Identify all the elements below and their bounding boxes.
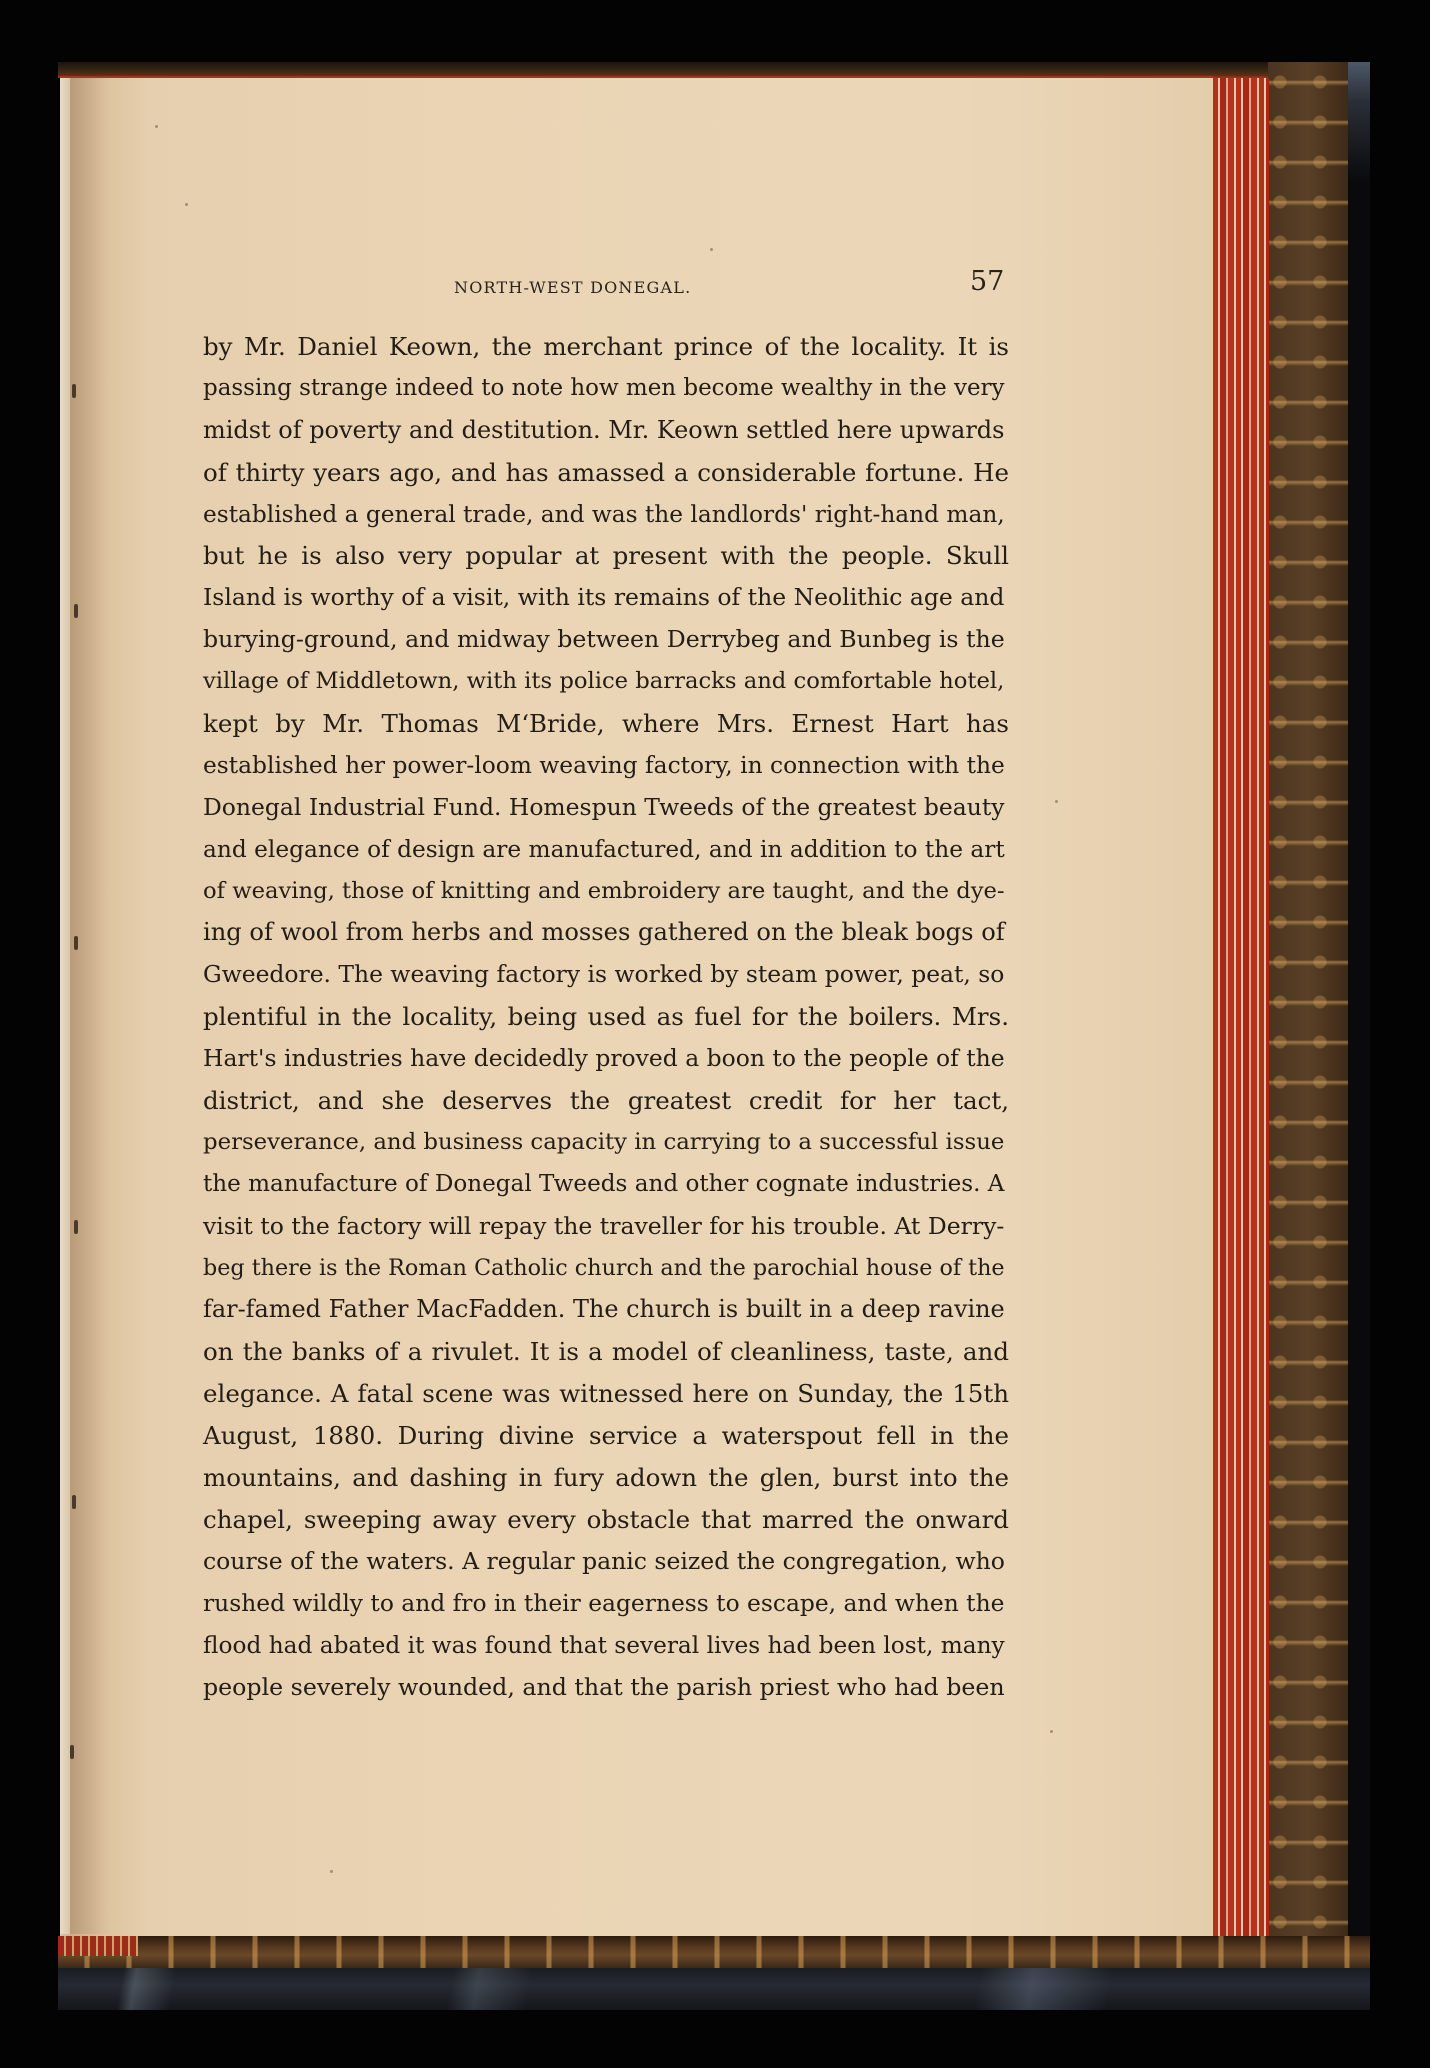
- paper-speck: [185, 203, 188, 206]
- text-line: perseverance, and business capacity in c…: [203, 1122, 1009, 1164]
- text-line: mountains, and dashing in fury adown the…: [203, 1457, 1009, 1499]
- margin-mark: [72, 1495, 76, 1509]
- text-line: established her power-loom weaving facto…: [203, 745, 1009, 787]
- text-line: the manufacture of Donegal Tweeds and ot…: [203, 1164, 1009, 1206]
- paper-speck: [155, 125, 158, 128]
- page-edges-red: [1213, 78, 1269, 1936]
- book-spine-cover: [1268, 62, 1348, 1967]
- margin-mark: [74, 1220, 78, 1234]
- page-number: 57: [970, 266, 1004, 297]
- text-line: plentiful in the locality, being used as…: [203, 996, 1009, 1038]
- text-line: Donegal Industrial Fund. Homespun Tweeds…: [203, 787, 1009, 829]
- text-line: but he is also very popular at present w…: [203, 535, 1009, 577]
- margin-mark: [74, 604, 78, 618]
- page-gutter: [60, 78, 70, 1934]
- text-line: passing strange indeed to note how men b…: [203, 368, 1009, 410]
- margin-mark: [70, 1745, 74, 1759]
- text-line: Island is worthy of a visit, with its re…: [203, 577, 1009, 619]
- text-line: Hart's industries have decidedly proved …: [203, 1038, 1009, 1080]
- text-line: district, and she deserves the greatest …: [203, 1080, 1009, 1122]
- text-line: midst of poverty and destitution. Mr. Ke…: [203, 410, 1009, 452]
- text-line: chapel, sweeping away every obstacle tha…: [203, 1499, 1009, 1541]
- running-head-text: North-West Donegal.: [454, 278, 691, 297]
- body-text: by Mr. Daniel Keown, the merchant prince…: [203, 326, 1009, 1708]
- text-line: ing of wool from herbs and mosses gather…: [203, 912, 1009, 954]
- book-cover-bottom-band: [58, 1936, 1370, 1968]
- text-line: established a general trade, and was the…: [203, 494, 1009, 536]
- margin-mark: [72, 384, 76, 398]
- text-line: burying-ground, and midway between Derry…: [203, 619, 1009, 661]
- text-line: beg there is the Roman Catholic church a…: [203, 1248, 1009, 1290]
- text-line: of weaving, those of knitting and embroi…: [203, 871, 1009, 913]
- text-line: far-famed Father MacFadden. The church i…: [203, 1289, 1009, 1331]
- paper-speck: [330, 1870, 333, 1873]
- text-line: rushed wildly to and fro in their eagern…: [203, 1583, 1009, 1625]
- text-line: by Mr. Daniel Keown, the merchant prince…: [203, 326, 1009, 368]
- paper-speck: [710, 248, 713, 251]
- running-head: North-West Donegal.: [454, 278, 691, 298]
- text-line: elegance. A fatal scene was witnessed he…: [203, 1373, 1009, 1415]
- paper-speck: [1055, 800, 1058, 803]
- text-line: and elegance of design are manufactured,…: [203, 829, 1009, 871]
- text-line: village of Middletown, with its police b…: [203, 661, 1009, 703]
- text-line: Gweedore. The weaving factory is worked …: [203, 954, 1009, 996]
- cover-edge-strip: [1348, 62, 1370, 1967]
- text-line: flood had abated it was found that sever…: [203, 1625, 1009, 1667]
- cover-bottom-left-edges: [58, 1936, 138, 1956]
- text-line: course of the waters. A regular panic se…: [203, 1541, 1009, 1583]
- text-line: on the banks of a rivulet. It is a model…: [203, 1331, 1009, 1373]
- text-line: of thirty years ago, and has amassed a c…: [203, 452, 1009, 494]
- paper-speck: [1050, 1730, 1053, 1733]
- gutter-shadow: [70, 78, 110, 1934]
- text-line: kept by Mr. Thomas M‘Bride, where Mrs. E…: [203, 703, 1009, 745]
- text-line: August, 1880. During divine service a wa…: [203, 1415, 1009, 1457]
- protective-cloth: [58, 1968, 1370, 2010]
- text-line: visit to the factory will repay the trav…: [203, 1206, 1009, 1248]
- margin-mark: [74, 936, 78, 950]
- text-line: people severely wounded, and that the pa…: [203, 1667, 1009, 1709]
